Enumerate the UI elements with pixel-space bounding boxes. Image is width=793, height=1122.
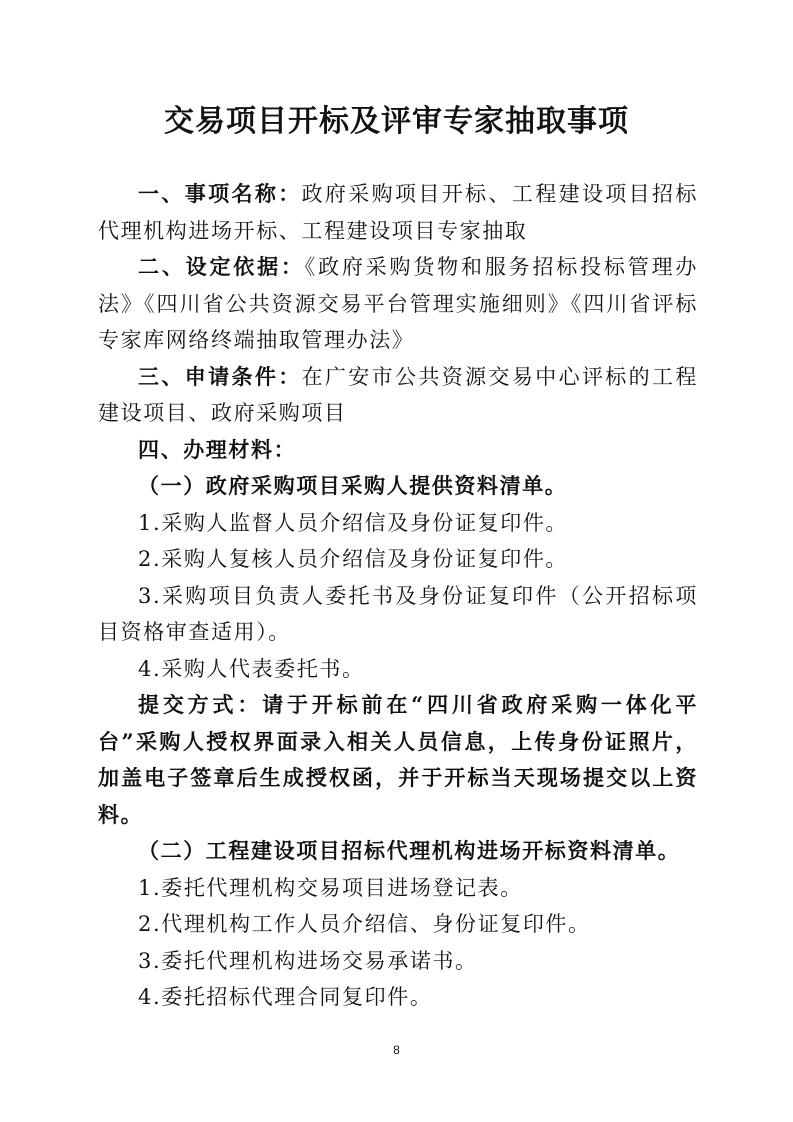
materials-group2-heading: （二）工程建设项目招标代理机构进场开标资料清单。: [98, 833, 698, 870]
document-body: 一、事项名称：政府采购项目开标、工程建设项目招标代理机构进场开标、工程建设项目专…: [98, 176, 698, 1016]
submission-label: 提交方式：: [138, 692, 262, 717]
document-page: 交易项目开标及评审专家抽取事项 一、事项名称：政府采购项目开标、工程建设项目招标…: [0, 0, 793, 1122]
materials-group1-heading: （一）政府采购项目采购人提供资料清单。: [98, 468, 698, 505]
list-item: 3.采购项目负责人委托书及身份证复印件（公开招标项目资格审查适用）。: [98, 578, 698, 651]
page-number: 8: [0, 1043, 793, 1057]
section-materials: 四、办理材料：: [98, 432, 698, 469]
section-label: 一、事项名称：: [138, 182, 302, 206]
list-item: 4.采购人代表委托书。: [98, 651, 698, 688]
list-item: 1.委托代理机构交易项目进场登记表。: [98, 870, 698, 907]
section-label: 四、办理材料：: [138, 438, 296, 462]
section-label: 二、设定依据：: [138, 255, 305, 279]
section-conditions: 三、申请条件：在广安市公共资源交易中心评标的工程建设项目、政府采购项目: [98, 359, 698, 432]
submission-method: 提交方式：请于开标前在“四川省政府采购一体化平台”采购人授权界面录入相关人员信息…: [98, 687, 698, 833]
document-title: 交易项目开标及评审专家抽取事项: [0, 96, 793, 140]
list-item: 2.采购人复核人员介绍信及身份证复印件。: [98, 541, 698, 578]
section-label: 三、申请条件：: [138, 365, 302, 389]
section-item-name: 一、事项名称：政府采购项目开标、工程建设项目招标代理机构进场开标、工程建设项目专…: [98, 176, 698, 249]
list-item: 2.代理机构工作人员介绍信、身份证复印件。: [98, 906, 698, 943]
list-item: 3.委托代理机构进场交易承诺书。: [98, 943, 698, 980]
list-item: 1.采购人监督人员介绍信及身份证复印件。: [98, 505, 698, 542]
section-basis: 二、设定依据：《政府采购货物和服务招标投标管理办法》《四川省公共资源交易平台管理…: [98, 249, 698, 359]
list-item: 4.委托招标代理合同复印件。: [98, 979, 698, 1016]
